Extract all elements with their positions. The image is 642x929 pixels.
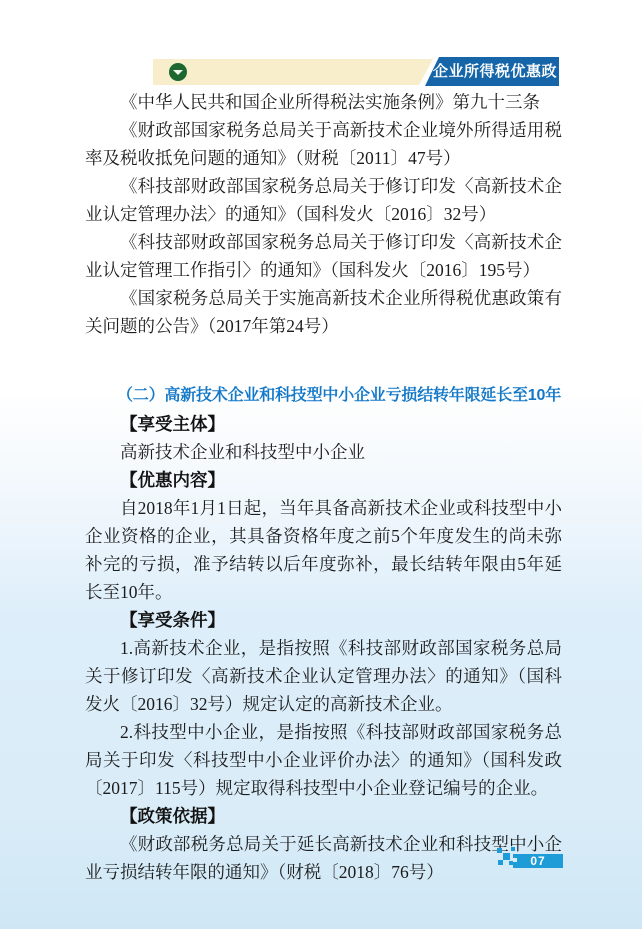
paragraph: 自2018年1月1日起，当年具备高新技术企业或科技型中小企业资格的企业，其具备资… xyxy=(85,494,562,606)
block-label-benefit: 【优惠内容】 xyxy=(85,466,562,494)
section-heading: （二）高新技术企业和科技型中小企业亏损结转年限延长至10年 xyxy=(85,382,562,410)
paragraph: 高新技术企业和科技型中小企业 xyxy=(85,438,562,466)
footer-mosaic-notch xyxy=(513,858,517,862)
document-page: { "header": { "icon": "chevron-down-circ… xyxy=(0,0,642,929)
footer-mosaic-icon xyxy=(511,847,515,851)
policy-list-item: 《财政部国家税务总局关于高新技术企业境外所得适用税率及税收抵免问题的通知》（财税… xyxy=(85,116,562,172)
chevron-down-circle-icon xyxy=(169,63,187,81)
paragraph: 1.高新技术企业，是指按照《科技部财政部国家税务总局关于修订印发〈高新技术企业认… xyxy=(85,634,562,718)
footer-mosaic-icon xyxy=(497,848,502,853)
block-label-beneficiary: 【享受主体】 xyxy=(85,410,562,438)
paragraph: 2.科技型中小企业，是指按照《科技部财政部国家税务总局关于印发〈科技型中小企业评… xyxy=(85,718,562,802)
policy-list-item: 《国家税务总局关于实施高新技术企业所得税优惠政策有关问题的公告》（2017年第2… xyxy=(85,284,562,340)
page-footer: 07 xyxy=(495,846,565,870)
policy-list-item: 《中华人民共和国企业所得税法实施条例》第九十三条 xyxy=(85,88,562,116)
paragraph: 《财政部税务总局关于延长高新技术企业和科技型中小企业亏损结转年限的通知》（财税〔… xyxy=(85,830,562,886)
block-label-conditions: 【享受条件】 xyxy=(85,606,562,634)
policy-list-item: 《科技部财政部国家税务总局关于修订印发〈高新技术企业认定管理工作指引〉的通知》（… xyxy=(85,228,562,284)
footer-mosaic-icon xyxy=(503,853,510,860)
footer-mosaic-icon xyxy=(498,860,503,865)
header-chapter-tag: 企业所得税优惠政策 xyxy=(425,57,559,86)
header-cream-band xyxy=(153,59,433,85)
page-number-badge: 07 xyxy=(513,854,563,868)
block-label-basis: 【政策依据】 xyxy=(85,802,562,830)
page-header: 企业所得税优惠政策 xyxy=(153,57,559,86)
policy-list-item: 《科技部财政部国家税务总局关于修订印发〈高新技术企业认定管理办法〉的通知》（国科… xyxy=(85,172,562,228)
document-body: 《中华人民共和国企业所得税法实施条例》第九十三条 《财政部国家税务总局关于高新技… xyxy=(85,88,562,886)
